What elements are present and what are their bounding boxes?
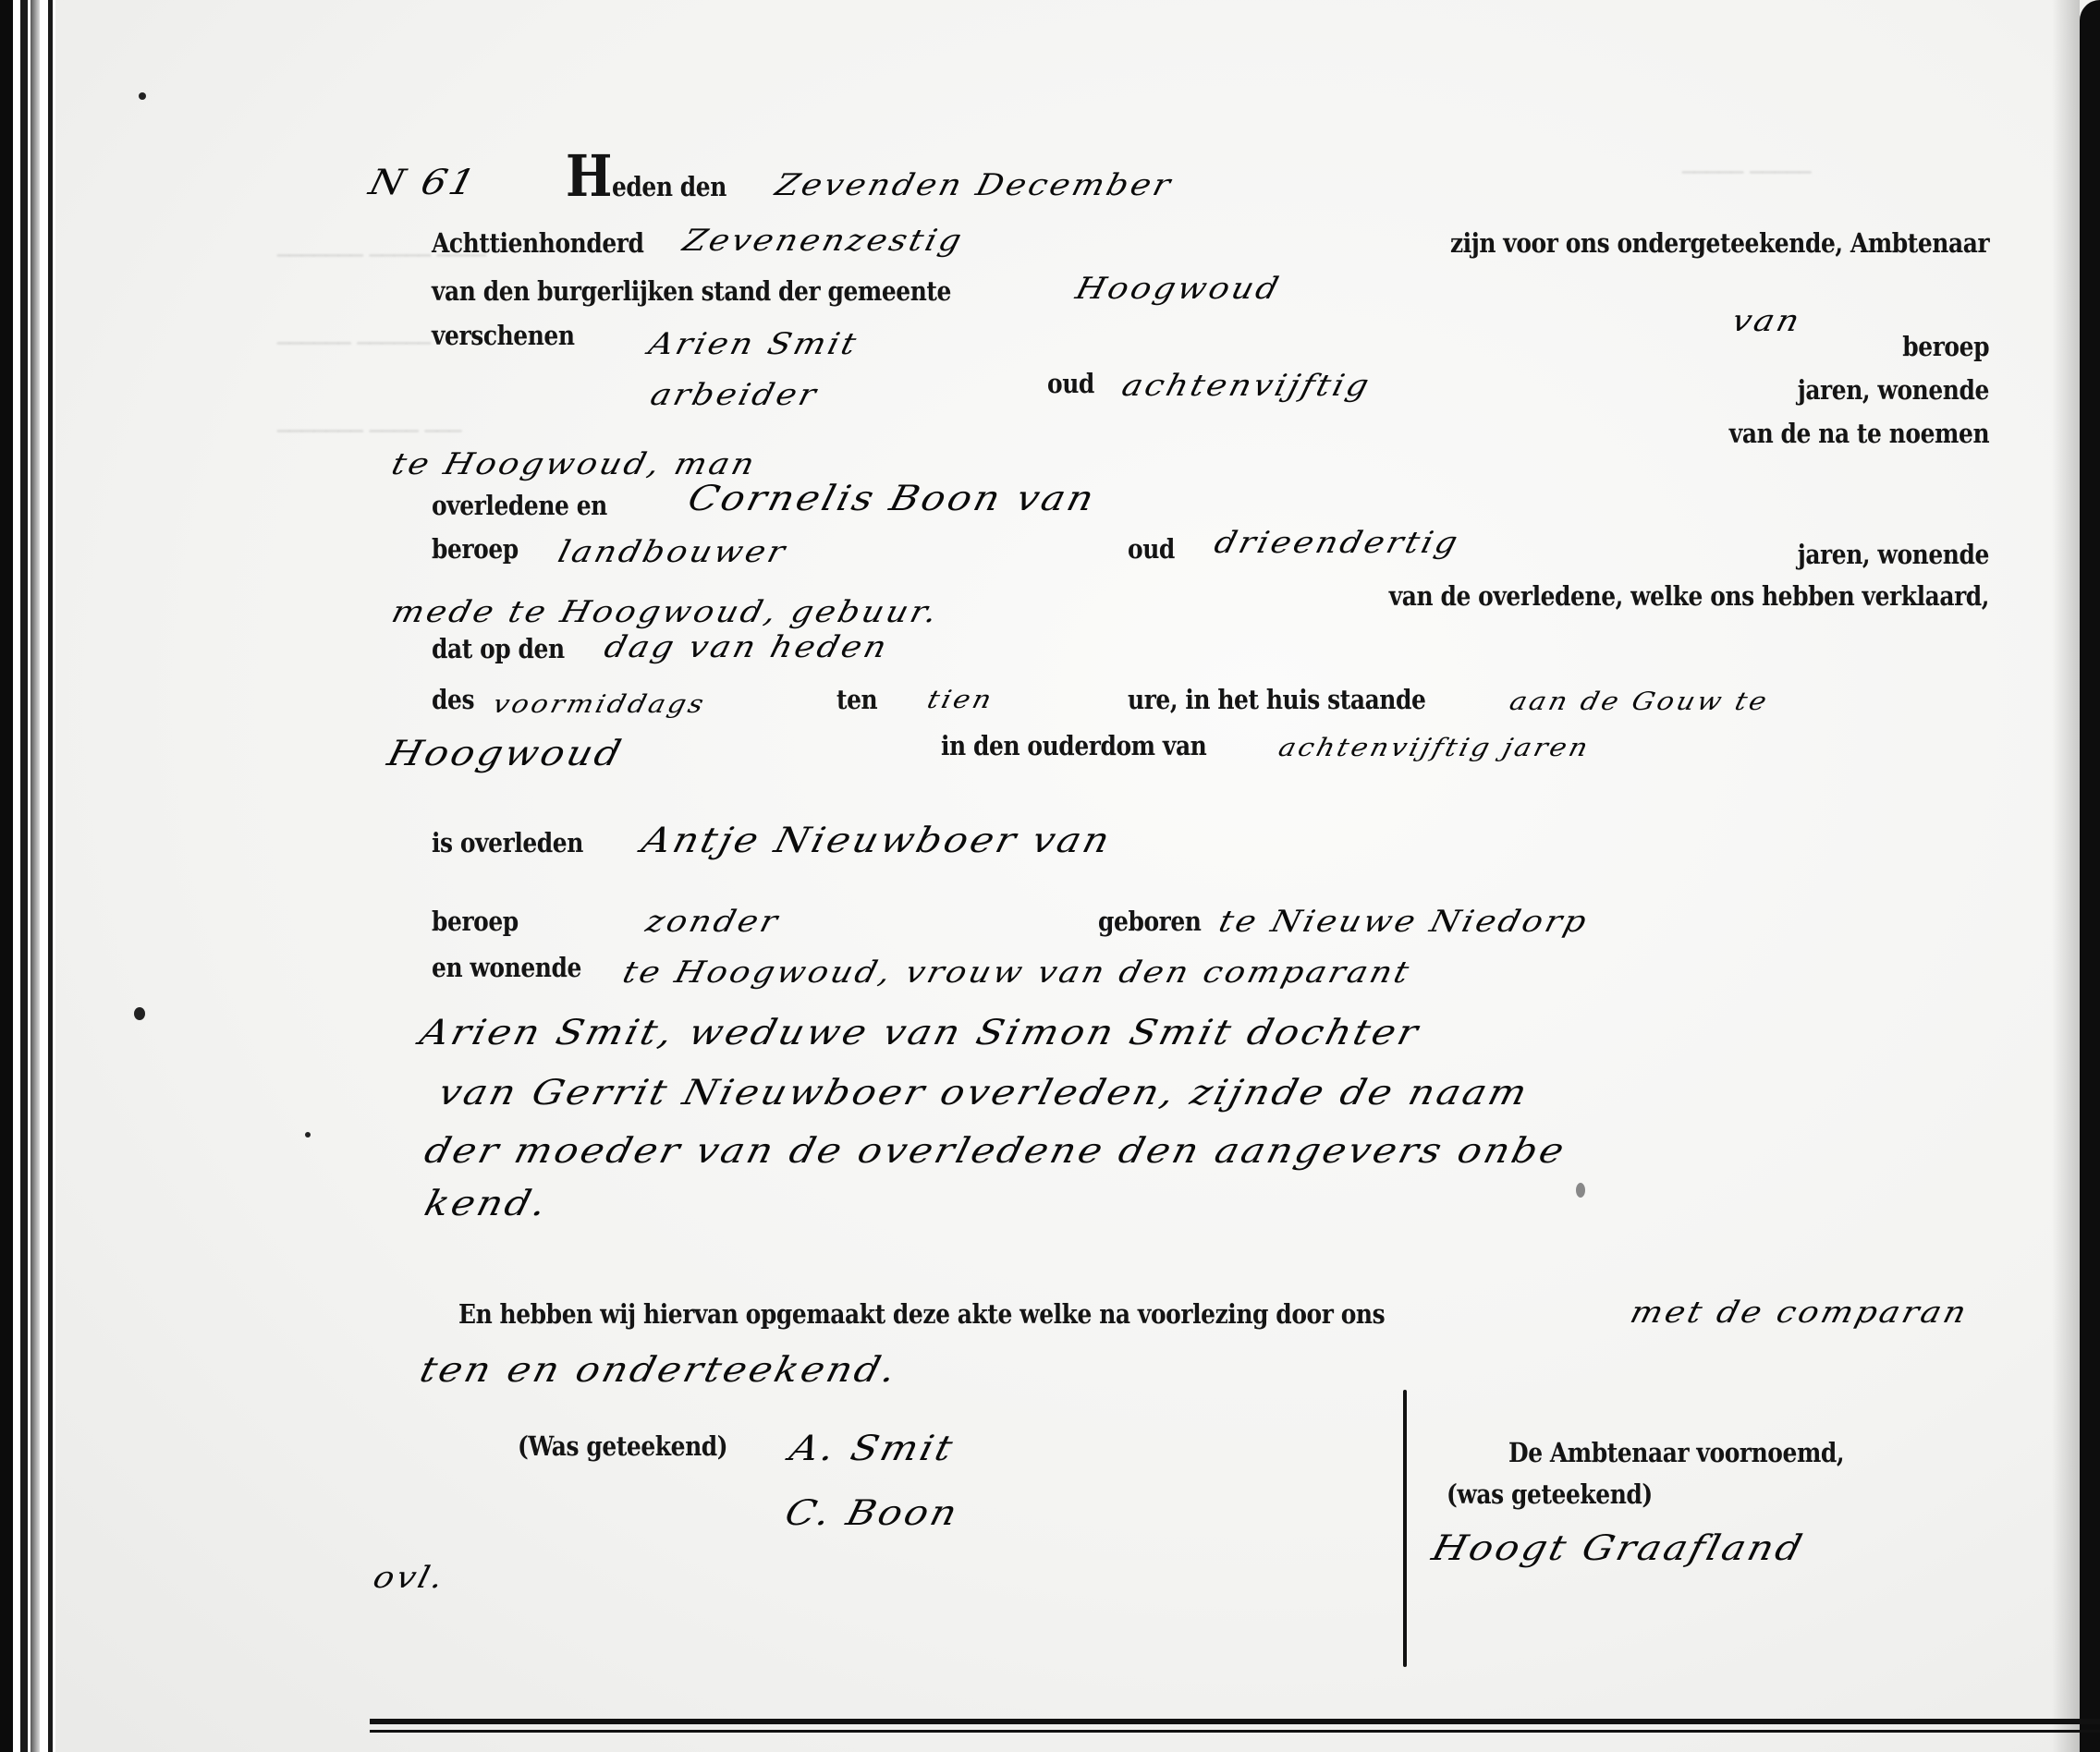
printed-zijn-voor-ons: zijn voor ons ondergeteekende, Ambtenaar — [1450, 227, 1989, 259]
printed-de-ambtenaar: De Ambtenaar voornoemd, — [1508, 1437, 1844, 1468]
hw-witness1-age: achtenvijftig — [1118, 369, 1374, 403]
hw-closing-2: ten en onderteekend. — [416, 1349, 903, 1390]
entry-number: N 61 — [365, 162, 482, 202]
printed-was-geteekend-1: (Was geteekend) — [518, 1430, 727, 1462]
printed-overledene-en: overledene en — [432, 490, 607, 521]
signature-divider — [1403, 1390, 1407, 1667]
hw-witness1-van: van — [1728, 304, 1805, 338]
printed-van-de-na-te-noemen: van de na te noemen — [1729, 418, 1989, 449]
hw-hour: tien — [924, 686, 997, 715]
hw-witness1-occupation: arbeider — [647, 378, 822, 412]
ink-speck — [139, 92, 146, 100]
printed-in-den-ouderdom: in den ouderdom van — [941, 730, 1206, 761]
hw-day-of-death: dag van heden — [601, 630, 893, 664]
printed-en-hebben-wij: En hebben wij hiervan opgemaakt deze akt… — [458, 1298, 1385, 1330]
hw-witness2-occupation: landbouwer — [555, 535, 791, 569]
bottom-rule-thin — [370, 1730, 2100, 1733]
bleed-through-text: ───── ───── — [1682, 162, 1811, 185]
hw-year: Zevenenzestig — [679, 224, 968, 258]
hw-closing-1: met de comparan — [1627, 1296, 1972, 1330]
printed-beroep-3: beroep — [432, 906, 519, 937]
hw-line-4: der moeder van de overledene den aangeve… — [421, 1130, 1570, 1171]
printed-was-geteekend-2: (was geteekend) — [1447, 1478, 1653, 1510]
printed-beroep-2: beroep — [432, 533, 519, 565]
hw-line-2: Arien Smit, weduwe van Simon Smit dochte… — [416, 1012, 1424, 1052]
book-binding-edge — [0, 0, 55, 1752]
margin-note: ovl. — [370, 1561, 449, 1595]
printed-en-wonende: en wonende — [432, 952, 581, 983]
drop-cap-h: H — [566, 142, 612, 210]
printed-ten: ten — [836, 684, 877, 715]
hw-birthplace: te Nieuwe Niedorp — [1215, 905, 1593, 939]
hw-line-5: kend. — [421, 1183, 554, 1223]
hw-deceased-name: Antje Nieuwboer van — [638, 820, 1117, 860]
bottom-rule-thick — [370, 1719, 2100, 1724]
hw-line-3: van Gerrit Nieuwboer overleden, zijnde d… — [434, 1072, 1533, 1113]
hw-house-town: Hoogwoud — [384, 733, 628, 773]
printed-jaren-wonende-2: jaren, wonende — [1798, 539, 1989, 570]
hw-witness2-name: Cornelis Boon van — [684, 478, 1101, 518]
hw-deceased-occupation: zonder — [642, 905, 784, 939]
ink-speck — [134, 1007, 145, 1020]
printed-dat-op-den: dat op den — [432, 633, 565, 664]
printed-achttienhonderd: Achttienhonderd — [432, 227, 644, 259]
hw-witness2-residence: mede te Hoogwoud, gebuur. — [388, 595, 944, 629]
hw-municipality: Hoogwoud — [1072, 272, 1285, 306]
hw-house-location: aan de Gouw te — [1507, 687, 1772, 717]
hw-witness1-residence: te Hoogwoud, man — [388, 447, 761, 481]
printed-van-de-overledene: van de overledene, welke ons hebben verk… — [1389, 580, 1989, 612]
hw-time-of-day: voormiddags — [490, 690, 709, 720]
signature-smit: A. Smit — [786, 1428, 959, 1468]
printed-oud-2: oud — [1128, 533, 1175, 565]
printed-beroep-1: beroep — [1902, 331, 1989, 362]
signature-boon: C. Boon — [781, 1492, 964, 1533]
printed-ure-in-het-huis: ure, in het huis staande — [1128, 684, 1425, 715]
printed-burgerlijken-stand: van den burgerlijken stand der gemeente — [432, 275, 951, 307]
bleed-through-text: ─────── ──── ─── — [277, 420, 461, 444]
page-shadow — [2052, 0, 2080, 1752]
hw-line-wonende: te Hoogwoud, vrouw van den comparant — [619, 955, 1415, 990]
printed-oud-1: oud — [1047, 368, 1094, 399]
signature-official: Hoogt Graafland — [1428, 1527, 1809, 1568]
printed-geboren: geboren — [1098, 906, 1202, 937]
hw-witness1-name: Arien Smit — [645, 327, 862, 361]
register-page: ─────── ───── ──── ────── ────── ───────… — [0, 0, 2100, 1752]
page-right-edge — [2080, 0, 2100, 1752]
printed-jaren-wonende-1: jaren, wonende — [1798, 374, 1989, 406]
hw-age-deceased: achtenvijftig jaren — [1276, 734, 1593, 763]
bleed-through-text: ────── ────── — [277, 333, 431, 356]
printed-is-overleden: is overleden — [432, 827, 583, 858]
hw-date-day: Zevenden December — [772, 168, 1177, 202]
hw-witness2-age: drieendertig — [1211, 526, 1463, 560]
ink-speck — [1576, 1183, 1585, 1198]
ink-speck — [305, 1132, 311, 1138]
printed-heden-den: Heden den — [566, 148, 726, 205]
printed-verschenen: verschenen — [432, 320, 575, 351]
printed-des: des — [432, 684, 474, 715]
